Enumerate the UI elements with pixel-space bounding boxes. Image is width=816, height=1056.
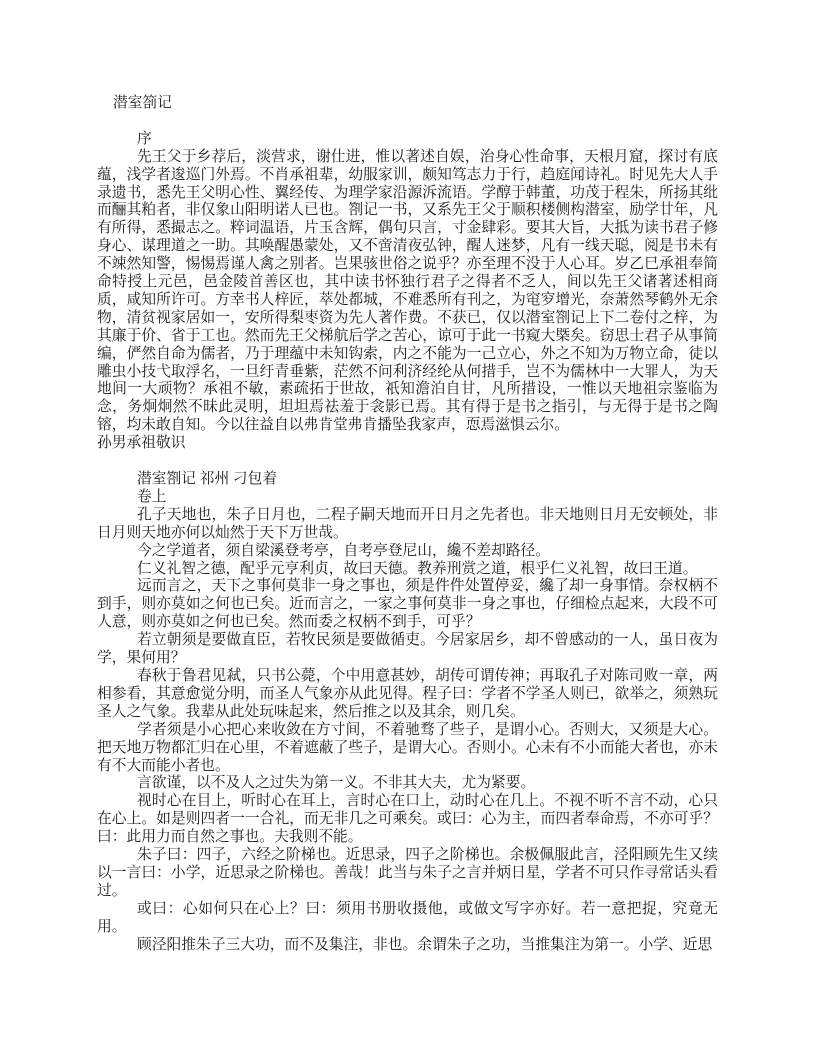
- body-paragraph: 学者须是小心把心来收敛在方寸间，不着驰骛了些子，是谓小心。否则大，又须是大心。把…: [97, 722, 718, 776]
- body-paragraph: 春秋于鲁君见弒，只书公薨，个中用意甚妙，胡传可谓传神；再取孔子对陈司败一章，两相…: [97, 668, 718, 722]
- body-paragraph: 或曰：心如何只在心上？曰：须用书册收摄他，或做文写字亦好。若一意把捉，究竟无用。: [97, 901, 718, 937]
- body-paragraph: 今之学道者，须自梁溪登考亭，自考亭登尼山，纔不差却路径。: [97, 543, 718, 561]
- preface-heading: 序: [97, 131, 718, 149]
- document-page: 潜室箚记 序 先王父于乡荐后，淡营求，谢仕进，惟以著述自娱，治身心性命事，天根月…: [0, 0, 816, 1056]
- body-paragraph: 若立朝须是要做直臣，若牧民须是要做循吏。今居家居乡，却不曾感动的一人，虽日夜为学…: [97, 632, 718, 668]
- body-paragraph: 远而言之，天下之事何莫非一身之事也，须是件件处置停妥，纔了却一身事情。奈权柄不到…: [97, 578, 718, 632]
- body-paragraph: 视时心在目上，听时心在耳上，言时心在口上，动时心在几上。不视不听不言不动，心只在…: [97, 793, 718, 847]
- blank-line: [97, 453, 718, 471]
- document-title: 潜室箚记: [113, 95, 718, 113]
- text-block: 潜室箚记 序 先王父于乡荐后，淡营求，谢仕进，惟以著述自娱，治身心性命事，天根月…: [97, 95, 718, 954]
- volume-heading: 卷上: [97, 489, 718, 507]
- body-paragraph: 言欲谨，以不及人之过失为第一义。不非其大夫，尤为紧要。: [97, 775, 718, 793]
- body-paragraph: 孔子天地也，朱子日月也，二程子嗣天地而开日月之先者也。非天地则日月无安顿处，非日…: [97, 507, 718, 543]
- body-paragraph: 顾泾阳推朱子三大功，而不及集注，非也。余谓朱子之功，当推集注为第一。小学、近思: [97, 937, 718, 955]
- preface-signature: 孙男承祖敬识: [97, 435, 718, 453]
- blank-line: [97, 113, 718, 131]
- body-paragraph: 朱子曰：四子，六经之阶梯也。近思录，四子之阶梯也。余极佩服此言，泾阳顾先生又续以…: [97, 847, 718, 901]
- preface-body: 先王父于乡荐后，淡营求，谢仕进，惟以著述自娱，治身心性命事，天根月窟，探讨有底蕴…: [97, 149, 718, 436]
- book-byline: 潜室劄记 祁州 刁包着: [97, 471, 718, 489]
- body-paragraph: 仁义礼智之德，配乎元亨利贞，故曰天德。教养刑赏之道，根乎仁义礼智，故曰王道。: [97, 561, 718, 579]
